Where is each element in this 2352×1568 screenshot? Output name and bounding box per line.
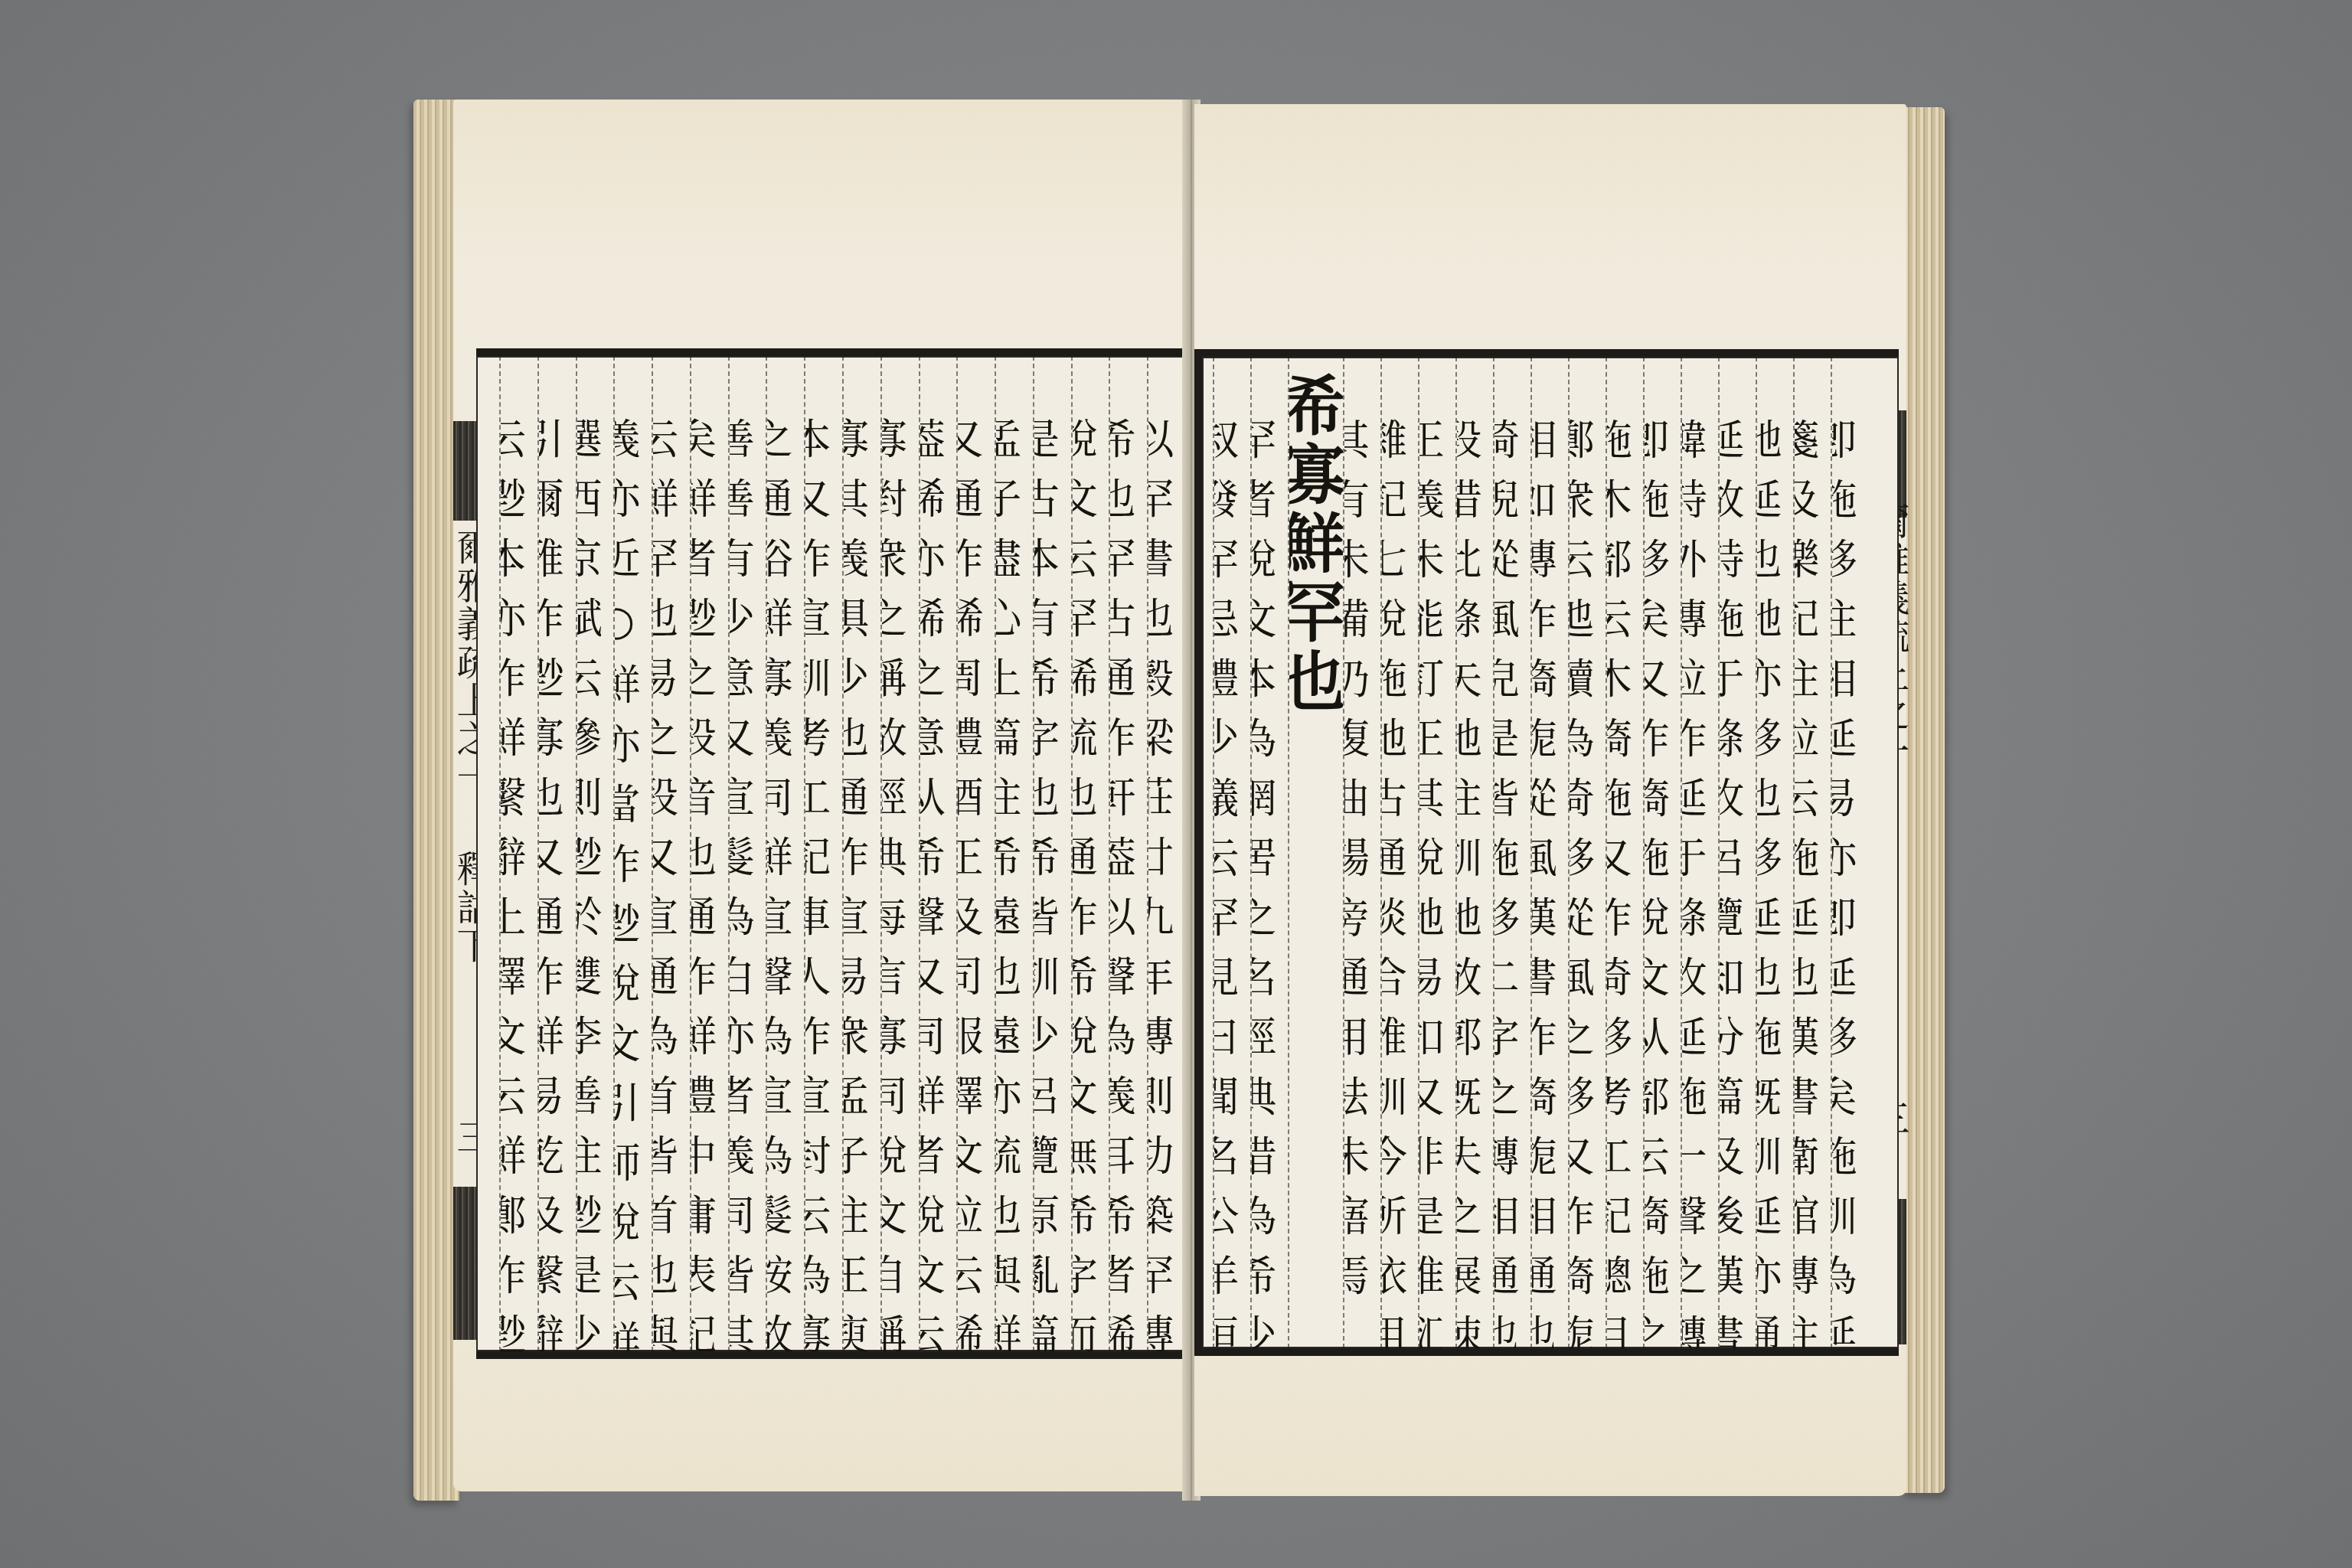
text-column: 本又作宣訓考工記車人作宣封云為寡髮宣鮮 (804, 356, 842, 1351)
text-column: 葢絺亦稀之意从希聲又同鮮者說文云少也稱孤 (919, 356, 957, 1351)
text-column: 是古本有希字也希皆訓少呂覽原亂篇注希鮮也 (1033, 356, 1071, 1351)
text-column: 又通作絺周禮酒正及司服釋文竝云絺本又作絺 (956, 356, 995, 1351)
text-column: 之通俗鮮寡義同鮮宣聲為宣為髮按故鮮訓 (766, 356, 804, 1351)
text-column: 卽施移矣又作旖施說文从部云旖施之轉也又作 (1643, 357, 1681, 1348)
fore-edge-ink-bottom (453, 1187, 479, 1340)
printed-frame-right: 卽施移注相延易亦卽延移矣施訓為延故詩皇矣 箋及樂記注竝云施延也漢書衛綰傳注施讀曰… (1194, 349, 1899, 1356)
text-columns-left: 以罕書也穀梁莊廿九年傳則功築罕傳注竝云罕 希也罕古通作軒葢以聲為義耳希者稀之段音… (499, 356, 1185, 1351)
open-book: 爾雅義疏上之一 釋詁下 三 以罕書也穀梁莊廿九年傳則功築罕傳注竝云罕 希也罕古通… (413, 100, 1945, 1501)
right-page-stack-edge (1902, 107, 1945, 1493)
right-page: 爾雅義疏上之一 三 卽施移注相延易亦卽延移矣施訓為延故詩皇矣 箋及樂記注竝云施延… (1194, 104, 1906, 1496)
fore-edge-ink-top (453, 421, 479, 521)
text-column: 義亦近○鮮亦當作尟說文引師說云鮮少也俗作 (613, 356, 652, 1351)
text-column: 箋及樂記注竝云施延也漢書衛綰傳注施讀曰弛 (1793, 357, 1831, 1348)
text-column: 以罕書也穀梁莊廿九年傳則功築罕傳注竝云罕 (1147, 356, 1185, 1351)
text-column: 矣鮮者尟之段音也通作鮮禮中庸表記大學注竝 (690, 356, 728, 1351)
commentary-column: 罕者說文本為網罟之名經典借為希少之義故詩 (1250, 357, 1288, 1348)
text-column: 段借此條矢弛注訓弛放郭旣失之展拺疏亦非邵氏 (1455, 357, 1493, 1348)
text-column: 云鮮罕也易之段又宣通為首皆首也與罕 (652, 356, 690, 1351)
text-columns-right: 卽施移注相延易亦卽延移矣施訓為延故詩皇矣 箋及樂記注竝云施延也漢書衛綰傳注施讀曰… (1213, 357, 1868, 1348)
text-column: 鄭衆云迆讀為倚移從風之移又作旖旎從作馬注 (1568, 357, 1606, 1348)
commentary-column: 叔發罕忌禮少儀云罕見曰聞名公羊桓六年傳葢 (1213, 357, 1250, 1348)
left-page-stack-edge (413, 100, 459, 1501)
text-column: 選西京賦云慘則尟於雙李善注尟是少也西征賦尟文 (576, 356, 614, 1351)
text-column: 善善有少意又宣髮為白亦者義同皆其義 (728, 356, 766, 1351)
text-column: 貤延也貤亦移也移延也施旣訓延亦通作 (1756, 357, 1793, 1348)
text-column: 寡其義俱少也通作宣易衆孟子注王庾釋文寡鮮 (842, 356, 880, 1351)
text-column: 引爾雅作尟寡也又通作鮮易乾及繫辭下釋文竝 (537, 356, 576, 1351)
text-column: 希也罕古通作軒葢以聲為義耳希者稀之段音也 (1109, 356, 1147, 1351)
left-page: 爾雅義疏上之一 釋詁下 三 以罕書也穀梁莊廿九年傳則功築罕傳注竝云罕 希也罕古通… (453, 100, 1188, 1491)
text-column: 正義未能訂正其說弛易扣又非是唯㧟藏經義 (1418, 357, 1455, 1348)
text-column: 寡對衆之稱故經典每言寡同說文自稱寡 (880, 356, 919, 1351)
text-column: 延故詩施于條枚呂覽知分篇及後漢書黃琬傳延 (1718, 357, 1756, 1348)
text-column: 卽施移注相延易亦卽延移矣施訓為延故詩皇矣 (1831, 357, 1868, 1348)
text-column: 其有未備仍復曲暢旁通用袪未寤焉 (1343, 357, 1380, 1348)
text-column: 雜記七說施弛古通淡合雅訓今所依用 (1380, 357, 1418, 1348)
text-column: 云尟本亦作鮮繫辭上釋文云鮮鄭作尟經典尟字 (499, 356, 537, 1351)
text-column: 猗猊從風皃是皆施移二字之轉相通也古書紙多 (1493, 357, 1530, 1348)
text-column: 說文云罕稀疏也通作希說文無希字而云稀从希聲 (1071, 356, 1109, 1351)
text-column: 施木部云木旖施又作倚移考工記總目及弓人注 (1606, 357, 1643, 1348)
text-column: 孟子盡心上篇注希遠也遠亦疏也與鮮少義相成 (995, 356, 1033, 1351)
headword-entry: 希寡鮮罕也 罕亦希也鮮寡也 少謂 (1288, 357, 1343, 1348)
headword: 希寡鮮罕也 (1288, 372, 1343, 1348)
text-column: 相如傳作旖旎從風漢書作旖旎相通也古書紙作 (1530, 357, 1568, 1348)
printed-frame-left: 以罕書也穀梁莊廿九年傳則功築罕傳注竝云罕 希也罕古通作軒葢以聲為義耳希者稀之段音… (476, 348, 1204, 1359)
text-column: 韓詩外傳竝作延于條枚延施一聲之轉然則延移又作 (1681, 357, 1718, 1348)
